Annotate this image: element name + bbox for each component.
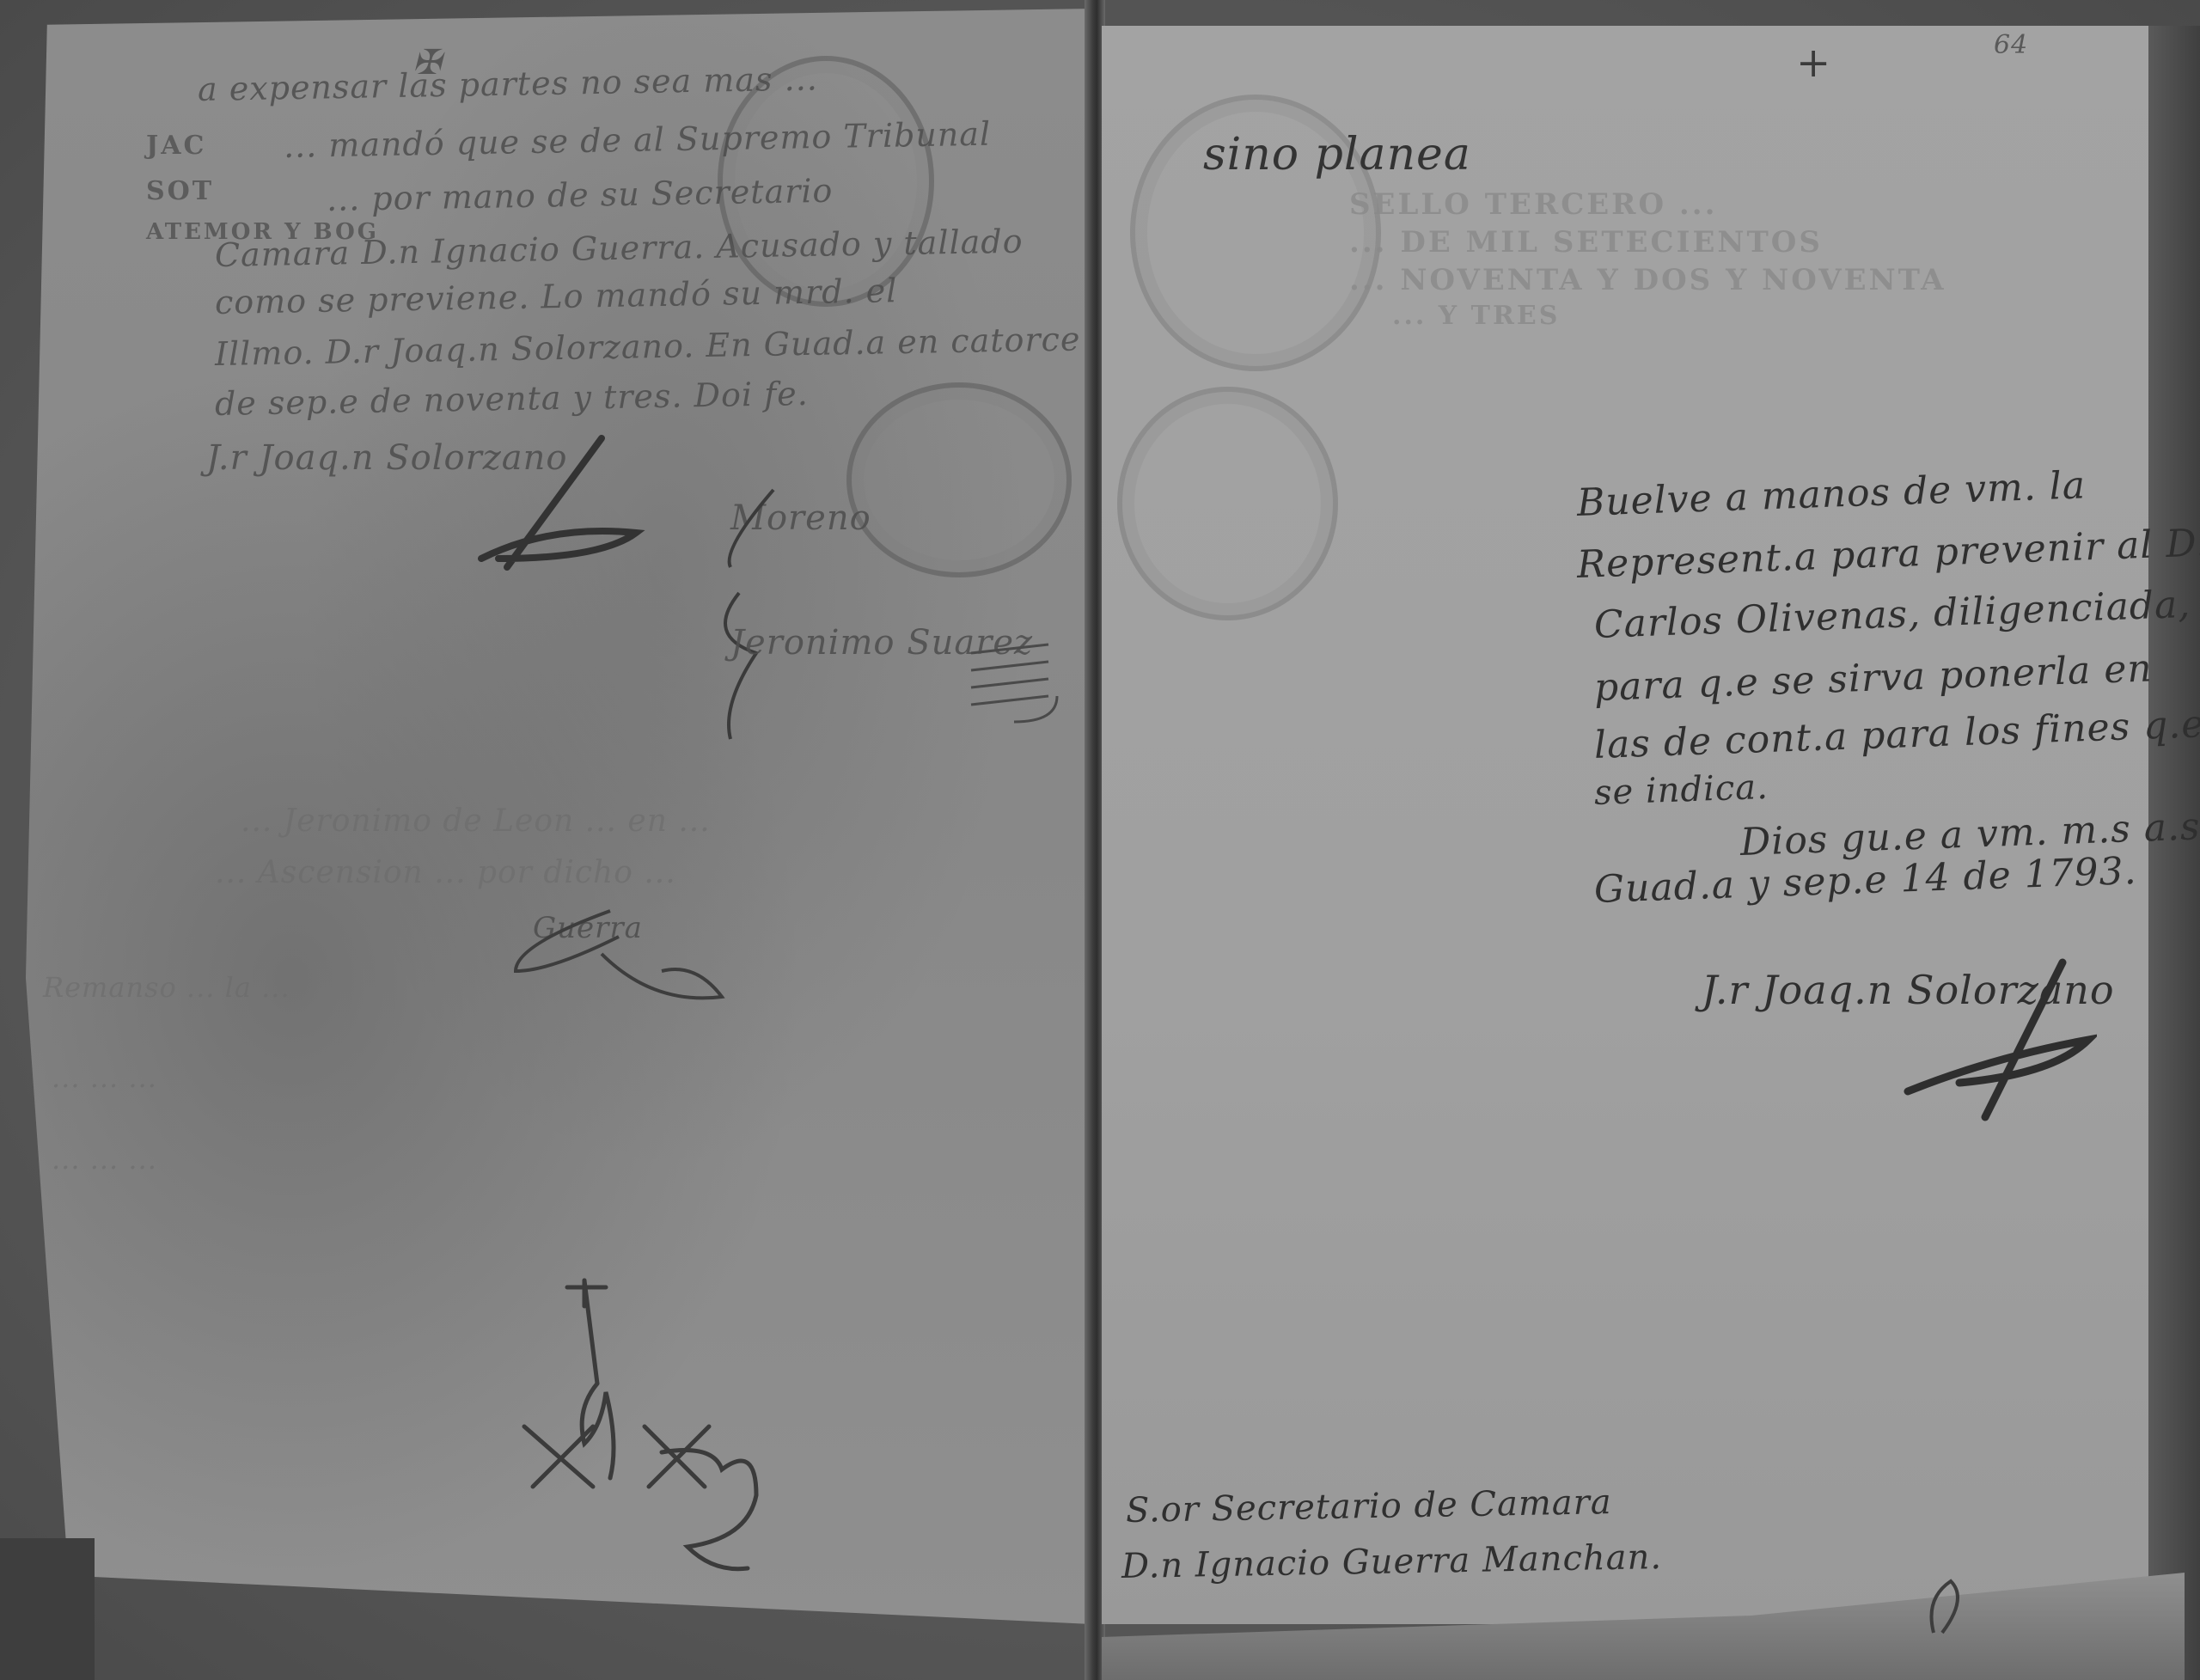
folio-number: 64	[1994, 30, 2028, 60]
left-bleedthrough-line: ... ... ...	[52, 1143, 157, 1176]
bottom-rubric-icon	[1916, 1573, 1985, 1641]
right-signature-rubric-icon	[1891, 954, 2097, 1134]
left-printed-seal-line: JAC	[146, 131, 206, 161]
left-signature-hatch-icon	[962, 636, 1066, 730]
right-page-seal-lower	[1117, 387, 1338, 620]
corner-cross-mark: +	[1796, 39, 1831, 87]
stamp-line: SELLO TERCERO ...	[1349, 187, 1717, 222]
left-page-corner-shadow	[0, 1538, 95, 1680]
stamp-line: ... Y TRES	[1392, 301, 1560, 331]
right-page-edge	[2148, 26, 2200, 1680]
left-lower-line: ... Jeronimo de Leon ... en ...	[241, 803, 711, 839]
body-line: se indica.	[1593, 767, 1769, 813]
left-signature-flourish-icon	[705, 481, 980, 756]
left-bleedthrough-line: Remanso ... la ...	[43, 971, 290, 1004]
left-bleedthrough-line: ... ... ...	[52, 1061, 157, 1094]
left-printed-seal-line: SOT	[146, 176, 214, 206]
notary-sign-icon	[498, 1272, 859, 1598]
stamp-line: ... DE MIL SETECIENTOS	[1349, 225, 1823, 260]
stamp-line: ... NOVENTA Y DOS Y NOVENTA	[1349, 263, 1946, 297]
left-lower-rubric-icon	[498, 894, 739, 1014]
right-header-annotation: sino planea	[1203, 129, 1471, 180]
left-lower-line: ... Ascension ... por dicho ...	[215, 855, 676, 890]
left-signature-rubric-icon	[447, 430, 653, 576]
